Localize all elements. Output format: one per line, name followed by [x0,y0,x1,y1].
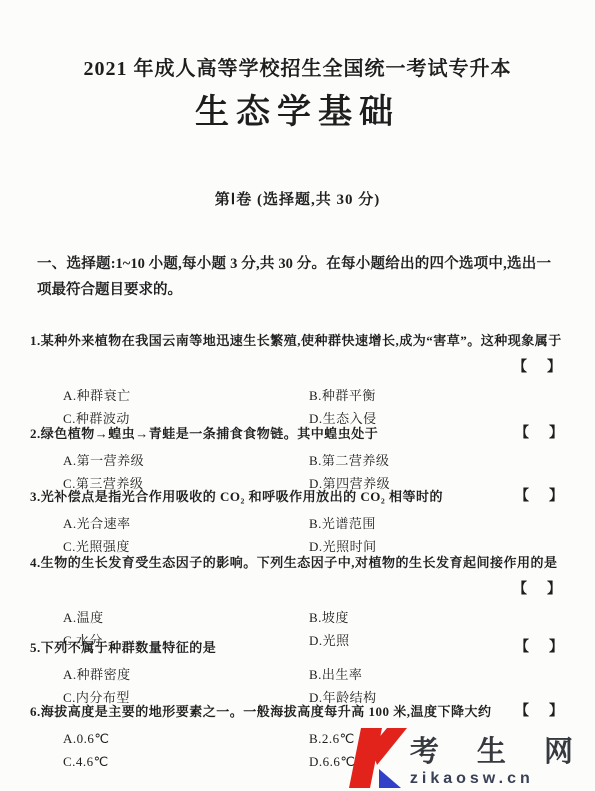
question-3-answer-bracket: 【 】 [515,487,566,507]
exam-title: 2021 年成人高等学校招生全国统一考试专升本 [0,52,595,81]
question-5-row: 5.下列不属于种群数量特征的是 【 】 [30,638,566,658]
watermark-site-name: 考 生 网 [410,735,588,769]
question-2-answer-bracket: 【 】 [515,424,566,444]
question-3-option-b: B.光谱范围 [309,512,566,535]
question-2-text: 2.绿色植物→蝗虫→青蛙是一条捕食食物链。其中蝗虫处于 [30,424,507,444]
question-2-row: 2.绿色植物→蝗虫→青蛙是一条捕食食物链。其中蝗虫处于 【 】 [30,424,566,444]
section-instructions: 一、选择题:1~10 小题,每小题 3 分,共 30 分。在每小题给出的四个选项… [37,251,551,303]
question-3-option-a: A.光合速率 [63,512,309,535]
watermark-site-url: zikaosw.cn [410,769,588,789]
question-6-answer-bracket: 【 】 [515,702,566,722]
question-1-answer-bracket: 【 】 [30,357,564,379]
question-3-row: 3.光补偿点是指光合作用吸收的 CO₂ 和呼吸作用放出的 CO₂ 相等时的 【 … [30,487,566,507]
question-1-text: 1.某种外来植物在我国云南等地迅速生长繁殖,使种群快速增长,成为“害草”。这种现… [30,333,562,348]
question-4-text: 4.生物的生长发育受生态因子的影响。下列生态因子中,对植物的生长发育起间接作用的… [30,555,558,570]
question-5-answer-bracket: 【 】 [515,638,566,658]
question-6-option-a: A.0.6℃ [63,727,309,750]
question-4-row: 4.生物的生长发育受生态因子的影响。下列生态因子中,对植物的生长发育起间接作用的… [30,553,566,601]
question-2-option-b: B.第二营养级 [309,449,566,472]
watermark-logo: 考 生 网 zikaosw.cn [348,727,588,789]
question-6-row: 6.海拔高度是主要的地形要素之一。一般海拔高度每升高 100 米,温度下降大约 … [30,702,566,722]
question-5-option-a: A.种群密度 [63,663,309,686]
question-2: 2.绿色植物→蝗虫→青蛙是一条捕食食物链。其中蝗虫处于 【 】 A.第一营养级 … [30,424,566,495]
question-4-option-a: A.温度 [63,606,309,629]
question-4-option-b: B.坡度 [309,606,566,629]
question-3-text: 3.光补偿点是指光合作用吸收的 CO₂ 和呼吸作用放出的 CO₂ 相等时的 [30,487,507,507]
question-6-text: 6.海拔高度是主要的地形要素之一。一般海拔高度每升高 100 米,温度下降大约 [30,702,507,722]
question-3: 3.光补偿点是指光合作用吸收的 CO₂ 和呼吸作用放出的 CO₂ 相等时的 【 … [30,487,566,558]
question-1: 1.某种外来植物在我国云南等地迅速生长繁殖,使种群快速增长,成为“害草”。这种现… [30,331,566,430]
question-5-text: 5.下列不属于种群数量特征的是 [30,638,507,658]
question-1-row: 1.某种外来植物在我国云南等地迅速生长繁殖,使种群快速增长,成为“害草”。这种现… [30,331,566,379]
question-1-option-a: A.种群衰亡 [63,384,309,407]
question-1-option-b: B.种群平衡 [309,384,566,407]
watermark-texts: 考 生 网 zikaosw.cn [410,735,588,789]
section-header: 第Ⅰ卷 (选择题,共 30 分) [0,188,595,209]
question-5: 5.下列不属于种群数量特征的是 【 】 A.种群密度 B.出生率 C.内分布型 … [30,638,566,709]
subject-title: 生态学基础 [0,84,595,133]
exam-paper-page: 2021 年成人高等学校招生全国统一考试专升本 生态学基础 第Ⅰ卷 (选择题,共… [0,0,595,791]
k-logo-icon [348,727,408,789]
question-4-answer-bracket: 【 】 [30,579,564,601]
question-2-option-a: A.第一营养级 [63,449,309,472]
question-5-option-b: B.出生率 [309,663,566,686]
question-6-option-c: C.4.6℃ [63,750,309,773]
question-3-options: A.光合速率 B.光谱范围 C.光照强度 D.光照时间 [30,512,566,558]
